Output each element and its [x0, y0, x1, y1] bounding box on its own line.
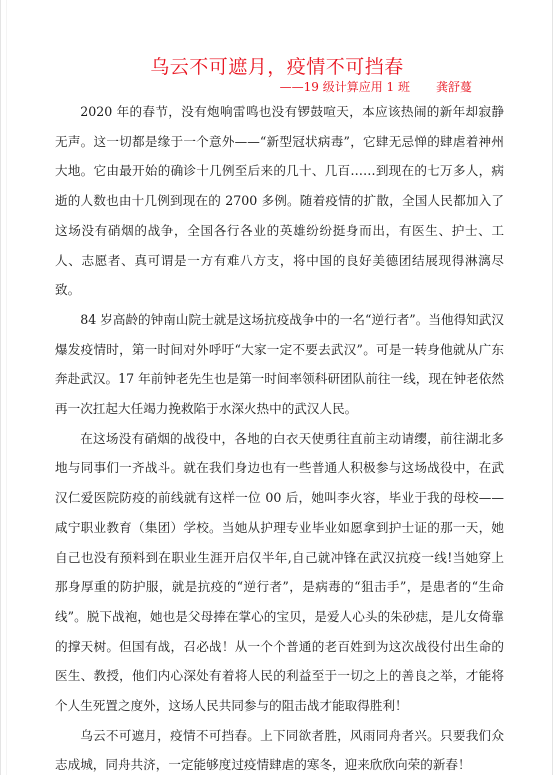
paragraph-2: 84 岁高龄的钟南山院士就是这场抗疫战争中的一名“逆行者”。当他得知武汉爆发疫情…: [55, 305, 504, 424]
page-border-left: [0, 0, 1, 775]
document-page: 乌云不可遮月，疫情不可挡春 ——19 级计算应用 1 班龚舒蔓 2020 年的春…: [0, 0, 554, 775]
paragraph-4: 乌云不可遮月，疫情不可挡春。上下同欲者胜，风雨同舟者兴。只要我们众志成城，同舟共…: [55, 721, 504, 775]
byline: ——19 级计算应用 1 班龚舒蔓: [0, 79, 472, 95]
page-border-right: [552, 0, 553, 775]
document-title: 乌云不可遮月，疫情不可挡春: [0, 55, 554, 79]
byline-author: 龚舒蔓: [436, 80, 472, 94]
paragraph-1: 2020 年的春节，没有炮响雷鸣也没有锣鼓喧天，本应该热闹的新年却寂静无声。这一…: [55, 97, 504, 305]
page-margin-guide: [6, 0, 7, 775]
paragraph-3: 在这场没有硝烟的战役中，各地的白衣天使勇往直前主动请缨，前往湖北多地与同事们一齐…: [55, 424, 504, 721]
byline-class: ——19 级计算应用 1 班: [280, 80, 410, 94]
document-body: 2020 年的春节，没有炮响雷鸣也没有锣鼓喧天，本应该热闹的新年却寂静无声。这一…: [55, 97, 504, 775]
